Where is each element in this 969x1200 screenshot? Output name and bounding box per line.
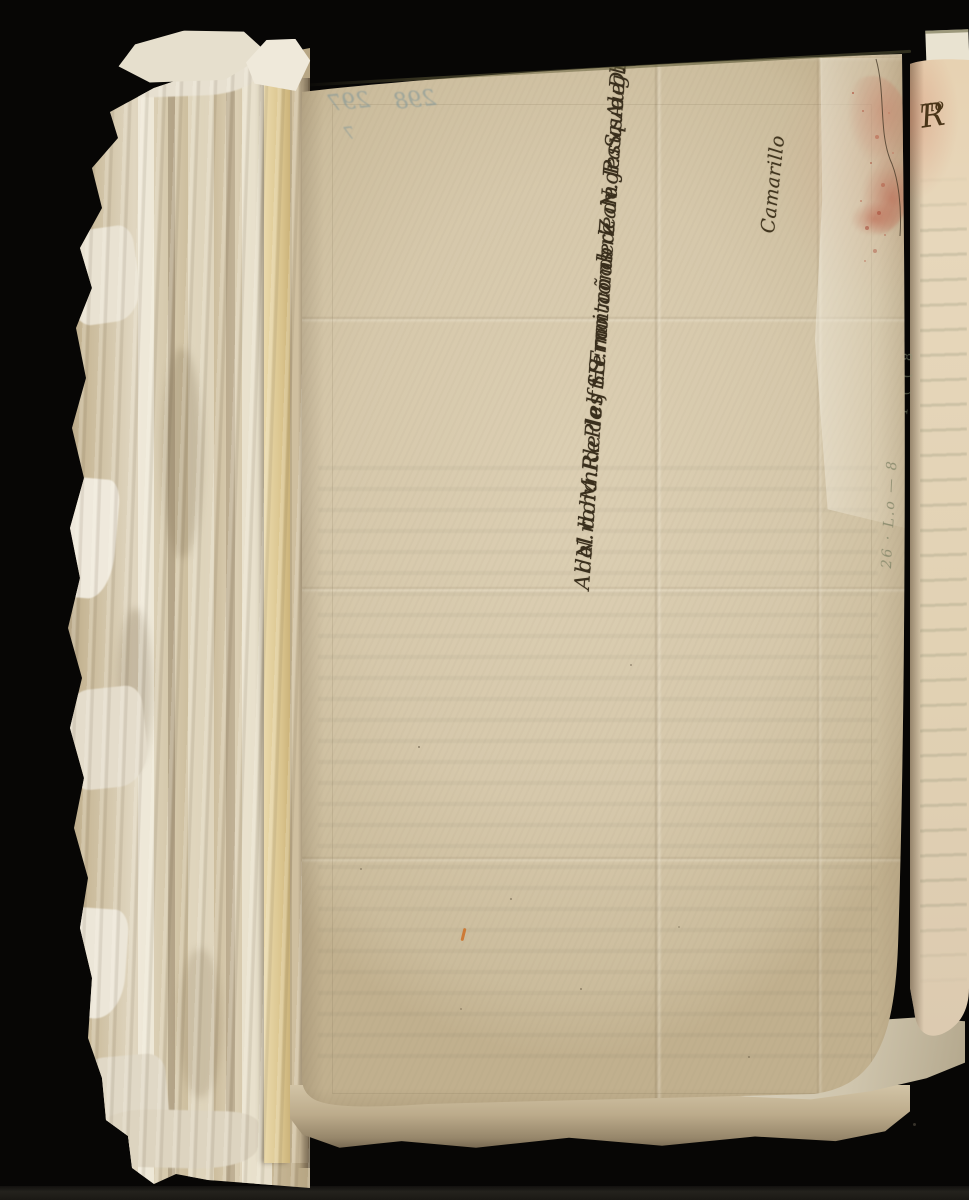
heading-superscript: mo	[918, 95, 945, 117]
ink-specks	[418, 746, 420, 748]
archival-scan-stage: Rmo 1 ( ( 8 Al N.ro M.R. P.e fr. Fran.co…	[0, 0, 969, 1200]
seal-speckles	[852, 92, 854, 94]
paper-grain-overlay	[58, 48, 310, 1188]
next-page-showthrough	[920, 168, 967, 998]
edge-crack-line	[858, 54, 918, 244]
scanner-bed-strip	[0, 1186, 969, 1200]
letter-cover-page: Al N.ro M.R. P.e fr. Fran.co de Zamora q…	[298, 46, 910, 1118]
foliation-showthrough-digit: 7	[343, 123, 356, 144]
foliation-showthrough-left: 297	[327, 88, 371, 117]
foliation-showthrough-right: 298	[393, 86, 437, 115]
dust-speck	[913, 1123, 916, 1126]
next-page-edge: Rmo	[910, 58, 969, 1048]
tattered-page-stack	[58, 48, 310, 1188]
